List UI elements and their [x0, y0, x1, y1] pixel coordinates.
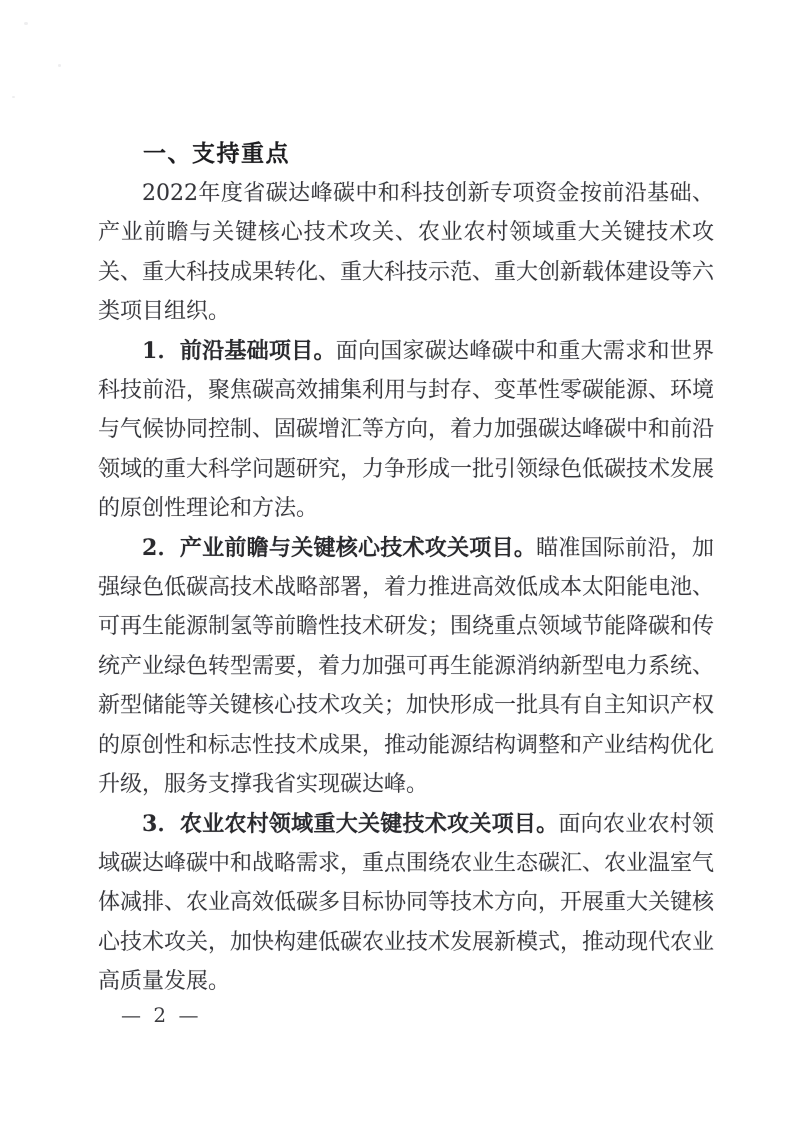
item-1-body: 面向国家碳达峰碳中和重大需求和世界科技前沿，聚焦碳高效捕集利用与封存、变革性零碳… [98, 339, 714, 522]
section-heading: 一、支持重点 [98, 134, 714, 174]
item-2-body: 瞄准国际前沿，加强绿色低碳高技术战略部署，着力推进高效低成本太阳能电池、可再生能… [98, 536, 714, 797]
item-2-title: 2．产业前瞻与关键核心技术攻关项目。 [142, 535, 536, 561]
scan-artifact [24, 22, 28, 25]
item-paragraph-1: 1．前沿基础项目。面向国家碳达峰碳中和重大需求和世界科技前沿，聚焦碳高效捕集利用… [98, 332, 714, 529]
item-3-title: 3．农业农村领域重大关键技术攻关项目。 [142, 811, 558, 837]
intro-paragraph: 2022年度省碳达峰碳中和科技创新专项资金按前沿基础、产业前瞻与关键核心技术攻关… [98, 174, 714, 332]
item-1-title: 1．前沿基础项目。 [142, 338, 336, 364]
item-3-body: 面向农业农村领域碳达峰碳中和战略需求，重点围绕农业生态碳汇、农业温室气体减排、农… [98, 812, 714, 995]
item-paragraph-3: 3．农业农村领域重大关键技术攻关项目。面向农业农村领域碳达峰碳中和战略需求，重点… [98, 805, 714, 1002]
document-page: 一、支持重点 2022年度省碳达峰碳中和科技创新专项资金按前沿基础、产业前瞻与关… [0, 0, 800, 1131]
page-number: — 2 — [121, 1002, 201, 1028]
scan-artifact [58, 64, 61, 67]
document-content: 一、支持重点 2022年度省碳达峰碳中和科技创新专项资金按前沿基础、产业前瞻与关… [98, 134, 714, 1002]
item-paragraph-2: 2．产业前瞻与关键核心技术攻关项目。瞄准国际前沿，加强绿色低碳高技术战略部署，着… [98, 529, 714, 805]
scan-artifact [12, 96, 15, 98]
